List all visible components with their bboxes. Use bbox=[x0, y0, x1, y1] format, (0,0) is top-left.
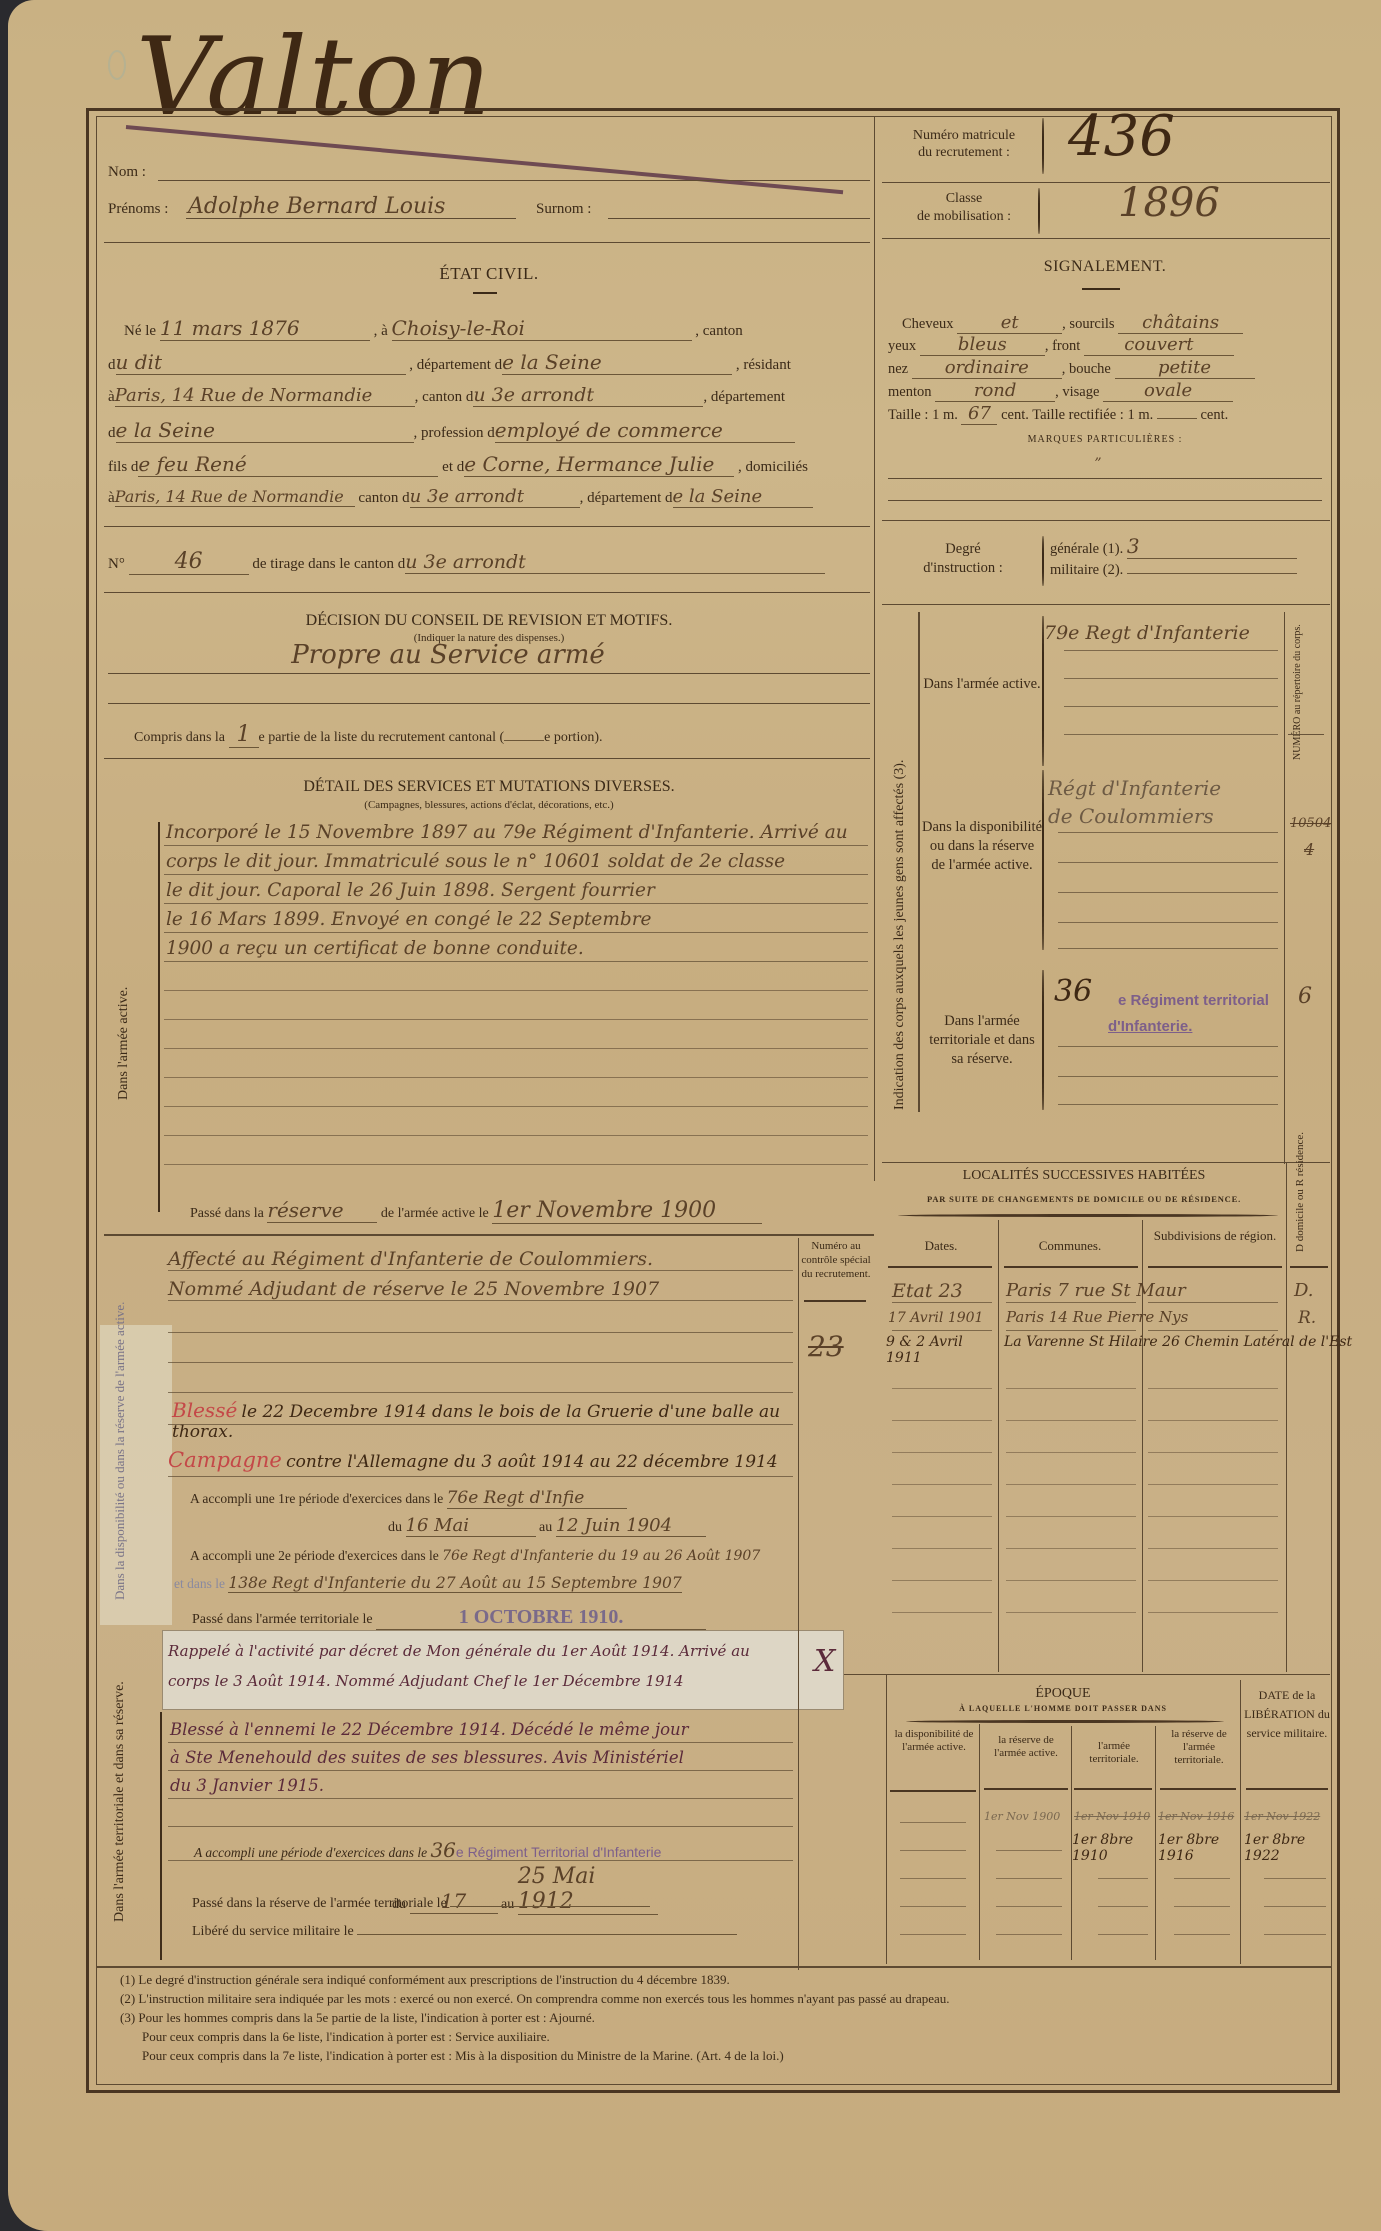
services-line: Incorporé le 15 Novembre 1897 au 79e Rég… bbox=[166, 818, 871, 847]
corps-disponibilite-numero: 10504 bbox=[1290, 816, 1331, 831]
compris-suffix: e partie de la liste du recrutement cant… bbox=[259, 730, 505, 745]
tirage-no-value: 46 bbox=[129, 549, 249, 575]
pasted-line: corps le 3 Août 1914. Nommé Adjudant Che… bbox=[168, 1666, 796, 1696]
cheveux-label: Cheveux bbox=[902, 316, 954, 332]
etat-civil-row-5: fils de feu René et de Corne, Hermance J… bbox=[108, 452, 870, 477]
matricule-label: Numéro matricule du recrutement : bbox=[884, 128, 1044, 162]
pasted-strip-number: X bbox=[814, 1644, 835, 1679]
pasted-strip-text: Rappelé à l'activité par décret de Mon g… bbox=[168, 1636, 796, 1696]
periode1-du-label: du bbox=[388, 1520, 402, 1535]
campagne-label: Campagne bbox=[168, 1448, 282, 1472]
passe-reserve-terr-row: Passé dans la réserve de l'armée territo… bbox=[192, 1896, 792, 1912]
campagne-row: Campagne contre l'Allemagne du 3 août 19… bbox=[168, 1448, 793, 1472]
fils-label: fils d bbox=[108, 459, 138, 475]
side-label-territoriale: Dans l'armée territoriale et dans sa rés… bbox=[112, 1722, 128, 1922]
compris-value: 1 bbox=[229, 722, 259, 748]
footnote: Pour ceux compris dans la 6e liste, l'in… bbox=[120, 2027, 1330, 2046]
periode2-prefix: A accompli une 2e période d'exercices da… bbox=[190, 1548, 439, 1563]
tirage-canton-value: u 3e arrondt bbox=[405, 551, 825, 574]
signalement-row-2: yeux bleus, front couvert bbox=[888, 334, 1328, 356]
services-text: Incorporé le 15 Novembre 1897 au 79e Rég… bbox=[166, 818, 871, 963]
corps-disponibilite-value: Régt d'Infanterie de Coulommiers bbox=[1048, 774, 1284, 830]
matricule-brace bbox=[1042, 118, 1044, 174]
departement3-label: , département d bbox=[580, 490, 673, 506]
libere-value bbox=[357, 1934, 737, 1935]
numero-controle-value: 23 bbox=[808, 1330, 844, 1363]
classe-value: 1896 bbox=[1118, 180, 1220, 226]
document-page: Valton Nom : Prénoms : Adolphe Bernard L… bbox=[8, 0, 1381, 2231]
passe-reserve-row: Passé dans la réserve de l'armée active … bbox=[190, 1198, 870, 1224]
localites-date: 9 & 2 Avril 1911 bbox=[886, 1334, 1000, 1366]
taille-cent-label: cent. Taille rectifiée : 1 m. bbox=[1001, 407, 1153, 423]
epoque-territoriale-struck: 1er Nov 1910 bbox=[1074, 1810, 1154, 1823]
residant-value: Paris, 14 Rue de Normandie bbox=[115, 385, 415, 407]
prenoms-value: Adolphe Bernard Louis bbox=[188, 194, 445, 219]
epoque-territoriale-value: 1er 8bre 1910 bbox=[1072, 1832, 1156, 1864]
decision-title: DÉCISION DU CONSEIL DE REVISION ET MOTIF… bbox=[104, 612, 874, 630]
pasted-line: Rappelé à l'activité par décret de Mon g… bbox=[168, 1636, 796, 1666]
libere-label: Libéré du service militaire le bbox=[192, 1924, 354, 1939]
epoque-reserve-territoriale-value: 1er 8bre 1916 bbox=[1158, 1832, 1242, 1864]
etat-civil-row-2: du dit , département de la Seine , résid… bbox=[108, 350, 870, 375]
blesse-row: Blessé le 22 Decembre 1914 dans le bois … bbox=[172, 1398, 797, 1442]
decision-line-1 bbox=[108, 673, 870, 674]
nez-label: nez bbox=[888, 361, 908, 377]
periode1-dates-row: du 16 Mai au 12 Juin 1904 bbox=[388, 1515, 788, 1537]
departement2-value: e la Seine bbox=[116, 418, 414, 443]
localites-commune: Paris 14 Rue Pierre Nys bbox=[1006, 1308, 1286, 1326]
tirage-text: de tirage dans le canton d bbox=[252, 556, 405, 572]
surnom-label: Surnom : bbox=[536, 201, 591, 218]
passe-reserve-middle: de l'armée active le bbox=[381, 1206, 489, 1221]
periode2-row: A accompli une 2e période d'exercices da… bbox=[190, 1548, 850, 1564]
signalement-title: SIGNALEMENT. bbox=[878, 258, 1332, 276]
footnotes-divider bbox=[96, 1966, 1332, 1968]
instruction-label-2: d'instruction : bbox=[888, 559, 1038, 578]
etat-civil-row-1: Né le 11 mars 1876 , à Choisy-le-Roi , c… bbox=[124, 316, 870, 338]
corps-numero-label: NUMÉRO au répertoire du corps. bbox=[1292, 620, 1303, 760]
corps-side-label: Indication des corps auxquels les jeunes… bbox=[892, 640, 908, 1110]
ne-le-label: Né le bbox=[124, 323, 156, 339]
departement2-label: , département bbox=[703, 389, 785, 405]
residant-label: , résidant bbox=[736, 357, 791, 373]
epoque-header-territoriale: l'armée territoriale. bbox=[1074, 1740, 1154, 1766]
localites-title: LOCALITÉS SUCCESSIVES HABITÉES bbox=[884, 1168, 1284, 1184]
nom-line bbox=[158, 180, 870, 181]
epoque-header-reserve-territoriale: la réserve de l'armée territoriale. bbox=[1158, 1728, 1240, 1768]
yeux-label: yeux bbox=[888, 338, 916, 354]
periode1-au-label: au bbox=[539, 1520, 552, 1535]
footnote: Pour ceux compris dans la 7e liste, l'in… bbox=[120, 2046, 1330, 2065]
bouche-label: , bouche bbox=[1062, 361, 1111, 377]
periode1-value: 76e Regt d'Infie bbox=[447, 1488, 627, 1509]
corps-active-value: 79e Regt d'Infanterie bbox=[1044, 622, 1280, 644]
territoriale-text: Blessé à l'ennemi le 22 Décembre 1914. D… bbox=[170, 1716, 795, 1800]
mother-value: e Corne, Hermance Julie bbox=[464, 452, 734, 477]
signalement-row-1: Cheveux et, sourcils châtains bbox=[902, 312, 1327, 334]
instruction-generale-value: 3 bbox=[1127, 534, 1297, 559]
etat-civil-row-4: de la Seine, profession demployé de comm… bbox=[108, 418, 870, 443]
identity-divider bbox=[104, 242, 870, 243]
prenoms-line bbox=[186, 218, 516, 219]
campagne-text: contre l'Allemagne du 3 août 1914 au 22 … bbox=[286, 1452, 778, 1472]
periode1-au-value: 12 Juin 1904 bbox=[556, 1515, 706, 1537]
classe-label: Classe de mobilisation : bbox=[884, 190, 1044, 226]
classe-label-1: Classe bbox=[884, 190, 1044, 208]
birthplace-value: Choisy-le-Roi bbox=[392, 316, 692, 341]
sourcils-value: châtains bbox=[1118, 312, 1243, 334]
surnom-line bbox=[608, 218, 870, 219]
localites-subtitle: PAR SUITE DE CHANGEMENTS DE DOMICILE OU … bbox=[884, 1194, 1284, 1204]
epoque-header-reserve-active: la réserve de l'armée active. bbox=[982, 1734, 1070, 1760]
services-title: DÉTAIL DES SERVICES ET MUTATIONS DIVERSE… bbox=[104, 778, 874, 796]
localites-dr: R. bbox=[1298, 1308, 1316, 1328]
profession-value: employé de commerce bbox=[495, 418, 795, 443]
canton-prefix: d bbox=[108, 357, 116, 373]
decision-value: Propre au Service armé bbox=[208, 640, 688, 670]
passe-reserve-terr-value bbox=[450, 1906, 650, 1907]
visage-value: ovale bbox=[1103, 380, 1233, 402]
libere-row: Libéré du service militaire le bbox=[192, 1924, 792, 1940]
tirage-row: N° 46 de tirage dans le canton du 3e arr… bbox=[108, 549, 870, 575]
prenoms-label: Prénoms : bbox=[108, 201, 168, 218]
corps-territoriale-stamp-2: d'Infanterie. bbox=[1108, 1018, 1192, 1035]
canton2-value: u 3e arrondt bbox=[473, 384, 703, 407]
menton-value: rond bbox=[935, 380, 1055, 402]
taille-label: Taille : 1 m. bbox=[888, 407, 958, 423]
decision-line-2 bbox=[108, 703, 870, 704]
canton-value: u dit bbox=[116, 350, 406, 375]
periode-terr-stamp: e Régiment Territorial d'Infanterie bbox=[456, 1844, 662, 1860]
periode-terr-row: A accompli une période d'exercices dans … bbox=[194, 1838, 804, 1862]
localites-dr-header: D domicile ou R résidence. bbox=[1294, 1172, 1307, 1252]
title-rule bbox=[473, 292, 497, 294]
corps-disponibilite-value-1: Régt d'Infanterie bbox=[1048, 774, 1284, 802]
classe-label-2: de mobilisation : bbox=[884, 208, 1044, 226]
numero-controle-label: Numéro au contrôle spécial du recrutemen… bbox=[800, 1240, 872, 1281]
taille-value: 67 bbox=[961, 403, 997, 425]
periode1-du-value: 16 Mai bbox=[406, 1515, 536, 1537]
side-label-active: Dans l'armée active. bbox=[116, 960, 132, 1100]
tirage-divider bbox=[104, 592, 870, 593]
footnotes: (1) Le degré d'instruction générale sera… bbox=[120, 1970, 1330, 2065]
instruction-militaire-value bbox=[1127, 573, 1297, 574]
footnote: (1) Le degré d'instruction générale sera… bbox=[120, 1970, 1330, 1989]
periode2-line2-row: et dans le 138e Regt d'Infanterie du 27 … bbox=[174, 1574, 794, 1593]
blesse-text: le 22 Decembre 1914 dans le bois de la G… bbox=[172, 1402, 780, 1442]
periode-terr-number: 36 bbox=[430, 1838, 455, 1862]
localites-commune: Paris 7 rue St Maur bbox=[1006, 1280, 1286, 1301]
signalement-row-4: menton rond, visage ovale bbox=[888, 380, 1328, 402]
corner-mark bbox=[108, 50, 126, 80]
departement3-value: e la Seine bbox=[673, 486, 813, 508]
epoque-subtitle: À LAQUELLE L'HOMME DOIT PASSER DANS bbox=[888, 1704, 1238, 1713]
territoriale-line: Blessé à l'ennemi le 22 Décembre 1914. D… bbox=[170, 1716, 795, 1744]
canton2-label: , canton d bbox=[415, 389, 474, 405]
periode2-line2-value: 138e Regt d'Infanterie du 27 Août au 15 … bbox=[228, 1574, 681, 1593]
compris-portion-suffix: e portion). bbox=[544, 730, 602, 745]
column-divider bbox=[874, 116, 875, 1181]
services-subtitle: (Campagnes, blessures, actions d'éclat, … bbox=[104, 799, 874, 811]
etat-civil-row-6: àParis, 14 Rue de Normandie canton du 3e… bbox=[108, 486, 870, 508]
services-line: 1900 a reçu un certificat de bonne condu… bbox=[166, 934, 871, 963]
localites-header-subdivisions: Subdivisions de région. bbox=[1148, 1228, 1282, 1244]
profession-label: , profession d bbox=[414, 425, 495, 441]
canton3-label: canton d bbox=[358, 490, 409, 506]
father-value: e feu René bbox=[138, 452, 438, 477]
corps-active-label: Dans l'armée active. bbox=[922, 676, 1042, 693]
classe-brace bbox=[1038, 188, 1040, 234]
services-line: corps le dit jour. Immatriculé sous le n… bbox=[166, 847, 871, 876]
etat-civil-title: ÉTAT CIVIL. bbox=[104, 264, 874, 284]
epoque-liberation-struck: 1er Nov 1922 bbox=[1244, 1810, 1330, 1823]
corps-disponibilite-label: Dans la disponibilité ou dans la réserve… bbox=[922, 818, 1042, 875]
domicilies-label: , domiciliés bbox=[738, 459, 808, 475]
departement-value: e la Seine bbox=[502, 350, 732, 375]
blesse-label: Blessé bbox=[172, 1398, 237, 1422]
passe-reserve-terr-label: Passé dans la réserve de l'armée territo… bbox=[192, 1896, 447, 1911]
domicilies-prefix: à bbox=[108, 490, 115, 506]
a-label: , à bbox=[374, 323, 388, 339]
instruction-label: Degré d'instruction : bbox=[888, 540, 1038, 578]
compris-portion-value bbox=[504, 740, 544, 741]
cheveux-value: et bbox=[957, 312, 1062, 334]
ne-le-value: 11 mars 1876 bbox=[160, 316, 370, 341]
localites-commune: La Varenne St Hilaire 26 Chemin Latéral … bbox=[1004, 1334, 1381, 1350]
pasted-strip-left bbox=[100, 1325, 172, 1625]
marques-value: ” bbox=[878, 456, 1318, 472]
footnote: (3) Pour les hommes compris dans la 5e p… bbox=[120, 2008, 1330, 2027]
passe-reserve-value: réserve bbox=[267, 1198, 377, 1223]
taille-rect-value bbox=[1157, 418, 1197, 419]
compris-row: Compris dans la 1e partie de la liste du… bbox=[134, 722, 874, 748]
instruction-label-1: Degré bbox=[888, 540, 1038, 559]
localites-date: Etat 23 bbox=[892, 1280, 996, 1302]
visage-label: , visage bbox=[1055, 384, 1099, 400]
corps-territoriale-label: Dans l'armée territoriale et dans sa rés… bbox=[922, 1012, 1042, 1069]
epoque-reserve-territoriale-struck: 1er Nov 1916 bbox=[1158, 1810, 1238, 1823]
taille-rect-cent-label: cent. bbox=[1200, 407, 1228, 423]
epoque-reserve-active-value: 1er Nov 1900 bbox=[984, 1810, 1070, 1823]
instruction-generale-row: générale (1). 3 bbox=[1050, 534, 1330, 559]
residant-prefix: à bbox=[108, 389, 115, 405]
side-bracket-active bbox=[158, 822, 160, 1212]
epoque-header-disponibilite: la disponibilité de l'armée active. bbox=[890, 1728, 978, 1754]
menton-label: menton bbox=[888, 384, 932, 400]
corps-disponibilite-numero-2: 4 bbox=[1304, 840, 1314, 859]
epoque-liberation-value: 1er 8bre 1922 bbox=[1244, 1832, 1330, 1864]
matricule-value: 436 bbox=[1068, 104, 1175, 169]
services-line: le 16 Mars 1899. Envoyé en congé le 22 S… bbox=[166, 905, 871, 934]
front-label: , front bbox=[1045, 338, 1080, 354]
bouche-value: petite bbox=[1115, 357, 1255, 379]
footnote: (2) L'instruction militaire sera indiqué… bbox=[120, 1989, 1330, 2008]
side-bracket-territoriale bbox=[160, 1712, 162, 1960]
localites-date: 17 Avril 1901 bbox=[888, 1310, 998, 1326]
localites-header-communes: Communes. bbox=[1002, 1238, 1138, 1254]
domicilies-value: Paris, 14 Rue de Normandie bbox=[115, 487, 355, 507]
etat-civil-divider bbox=[104, 526, 870, 527]
epoque-liberation-header: DATE de la LIBÉRATION du service militai… bbox=[1244, 1686, 1330, 1744]
instruction-militaire-label: militaire (2). bbox=[1050, 562, 1123, 578]
front-value: couvert bbox=[1084, 334, 1234, 356]
periode1-row: A accompli une 1re période d'exercices d… bbox=[190, 1488, 795, 1509]
corps-territoriale-stamp-1: e Régiment territorial bbox=[1118, 992, 1269, 1009]
nom-label: Nom : bbox=[108, 164, 146, 181]
passe-reserve-prefix: Passé dans la bbox=[190, 1206, 264, 1221]
periode1-prefix: A accompli une 1re période d'exercices d… bbox=[190, 1491, 443, 1506]
passe-territoriale-label: Passé dans l'armée territoriale le bbox=[192, 1612, 373, 1627]
marques-label: MARQUES PARTICULIÈRES : bbox=[878, 434, 1332, 445]
corps-territoriale-number: 36 bbox=[1054, 974, 1092, 1009]
corps-territoriale-numero: 6 bbox=[1298, 984, 1312, 1009]
periode2-value: 76e Regt d'Infanterie du 19 au 26 Août 1… bbox=[442, 1548, 760, 1564]
nez-value: ordinaire bbox=[912, 357, 1062, 379]
matricule-label-1: Numéro matricule bbox=[884, 128, 1044, 145]
compris-prefix: Compris dans la bbox=[134, 730, 225, 745]
territoriale-line: à Ste Menehould des suites de ses blessu… bbox=[170, 1744, 795, 1772]
periode-terr-prefix: A accompli une période d'exercices dans … bbox=[194, 1845, 427, 1860]
etat-civil-row-3: àParis, 14 Rue de Normandie, canton du 3… bbox=[108, 384, 870, 407]
passe-territoriale-row: Passé dans l'armée territoriale le 1 OCT… bbox=[192, 1606, 792, 1630]
localites-dr: D. bbox=[1294, 1280, 1314, 1301]
signalement-row-5: Taille : 1 m. 67 cent. Taille rectifiée … bbox=[888, 403, 1328, 425]
canton3-value: u 3e arrondt bbox=[410, 486, 580, 508]
corps-disponibilite-value-2: de Coulommiers bbox=[1048, 802, 1284, 830]
matricule-label-2: du recrutement : bbox=[884, 145, 1044, 162]
numero-controle-divider bbox=[798, 1238, 799, 1648]
departement2-prefix: d bbox=[108, 425, 116, 441]
signalement-row-3: nez ordinaire, bouche petite bbox=[888, 357, 1328, 379]
instruction-militaire-row: militaire (2). bbox=[1050, 562, 1330, 579]
active-section-divider bbox=[104, 1234, 874, 1236]
tirage-no-label: N° bbox=[108, 556, 125, 572]
canton-label: , canton bbox=[695, 323, 742, 339]
instruction-generale-label: générale (1). bbox=[1050, 541, 1123, 557]
localites-header-dates: Dates. bbox=[888, 1238, 994, 1254]
territoriale-line: du 3 Janvier 1915. bbox=[170, 1772, 795, 1800]
reserve-text: Affecté au Régiment d'Infanterie de Coul… bbox=[168, 1244, 793, 1304]
side-label-reserve: Dans la disponibilité ou dans la réserve… bbox=[112, 1340, 128, 1600]
departement-label: , département d bbox=[409, 357, 502, 373]
passe-territoriale-stamp: 1 OCTOBRE 1910. bbox=[376, 1606, 706, 1630]
services-line: le dit jour. Caporal le 26 Juin 1898. Se… bbox=[166, 876, 871, 905]
epoque-title: ÉPOQUE bbox=[888, 1686, 1238, 1702]
sourcils-label: , sourcils bbox=[1062, 316, 1114, 332]
yeux-value: bleus bbox=[920, 334, 1045, 356]
passe-reserve-date: 1er Novembre 1900 bbox=[492, 1198, 762, 1224]
periode2-line2-prefix: et dans le bbox=[174, 1576, 225, 1591]
et-de-label: et d bbox=[442, 459, 464, 475]
compris-divider bbox=[104, 758, 870, 759]
